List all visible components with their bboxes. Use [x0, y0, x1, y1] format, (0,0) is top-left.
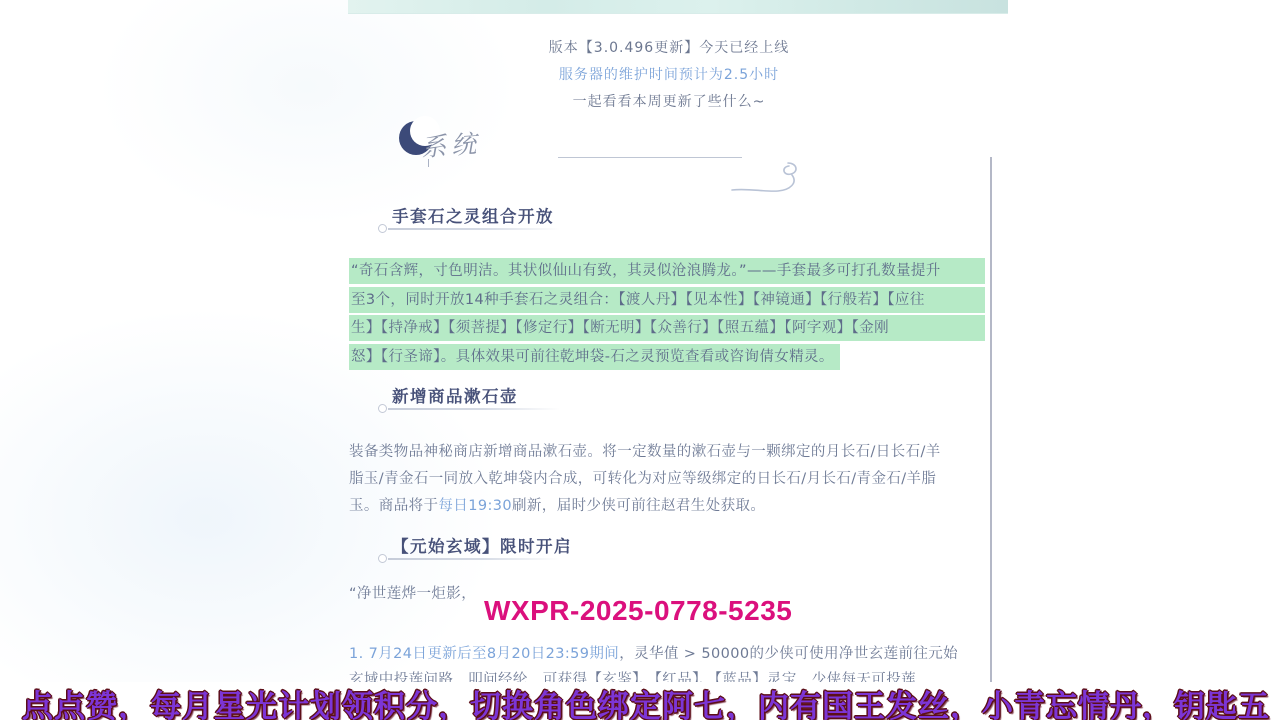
section-title-new-product: 新增商品漱石壶: [392, 383, 518, 407]
top-banner-image-edge: [348, 0, 1008, 14]
intro-line-teaser: 一起看看本周更新了些什么~: [348, 89, 990, 116]
product-paragraph-line: 玉。商品将于每日19:30刷新，届时少侠可前往赵君生处获取。: [349, 496, 994, 516]
title-underline-line-2: [388, 408, 560, 410]
product-paragraph-line: 脂玉/青金石一同放入乾坤袋内合成，可转化为对应等级绑定的日长石/月长石/青金石/…: [349, 469, 994, 489]
highlight-paragraph: “奇石含辉，寸色明洁。其状似仙山有致，其灵似沧浪腾龙。”——手套最多可打孔数量提…: [349, 258, 989, 372]
intro-line-maintenance: 服务器的维护时间预计为2.5小时: [348, 62, 990, 89]
section-title-glove-stone: 手套石之灵组合开放: [392, 203, 554, 227]
highlight-line: 至3个，同时开放14种手套石之灵组合：【渡人丹】【见本性】【神镜通】【行般若】【…: [349, 287, 985, 313]
title-underline-dot-2: [378, 404, 387, 413]
watermark-code: WXPR-2025-0778-5235: [484, 595, 792, 627]
product-line3-pre: 玉。商品将于: [349, 498, 438, 514]
subtitle-bar: 点点赞，每月星光计划领积分，切换角色绑定阿七，内有国王发丝，小青忘情丹，钥匙五: [0, 682, 1280, 720]
cloud-ornament-icon: [728, 158, 806, 202]
title-underline-line-3: [388, 558, 560, 560]
header-divider-line: [558, 157, 742, 158]
title-underline-dot-3: [378, 554, 387, 563]
category-tick-ornament: [428, 159, 429, 167]
title-underline-line-1: [388, 228, 560, 230]
highlight-line: 怒】【行圣谛】。具体效果可前往乾坤袋-石之灵预览查看或咨询倩女精灵。: [349, 344, 840, 370]
title-underline-dot-1: [378, 224, 387, 233]
event-description: ，灵华值 > 50000的少侠可使用净世玄莲前往元始: [619, 646, 958, 662]
yuanshi-item-line: 1. 7月24日更新后至8月20日23:59期间，灵华值 > 50000的少侠可…: [349, 644, 994, 664]
intro-block: 版本【3.0.496更新】今天已经上线 服务器的维护时间预计为2.5小时 一起看…: [348, 35, 990, 116]
product-line3-post: 刷新，届时少侠可前往赵君生处获取。: [512, 498, 765, 514]
highlight-line: “奇石含辉，寸色明洁。其状似仙山有致，其灵似沧浪腾龙。”——手套最多可打孔数量提…: [349, 258, 985, 284]
refresh-time: 每日19:30: [438, 498, 512, 514]
section-title-yuanshi-realm: 【元始玄域】限时开启: [392, 533, 572, 557]
category-label: 系统: [420, 124, 482, 164]
scrollbar-track[interactable]: [990, 157, 992, 682]
article-page: 版本【3.0.496更新】今天已经上线 服务器的维护时间预计为2.5小时 一起看…: [0, 0, 1280, 720]
intro-line-version: 版本【3.0.496更新】今天已经上线: [348, 35, 990, 62]
subtitle-text: 点点赞，每月星光计划领积分，切换角色绑定阿七，内有国王发丝，小青忘情丹，钥匙五: [22, 681, 1270, 720]
highlight-line: 生】【持净戒】【须菩提】【修定行】【断无明】【众善行】【照五蕴】【阿字观】【金刚: [349, 315, 985, 341]
product-paragraph-line: 装备类物品神秘商店新增商品漱石壶。将一定数量的漱石壶与一颗绑定的月长石/日长石/…: [349, 442, 994, 462]
event-date-range: 1. 7月24日更新后至8月20日23:59期间: [349, 646, 619, 662]
